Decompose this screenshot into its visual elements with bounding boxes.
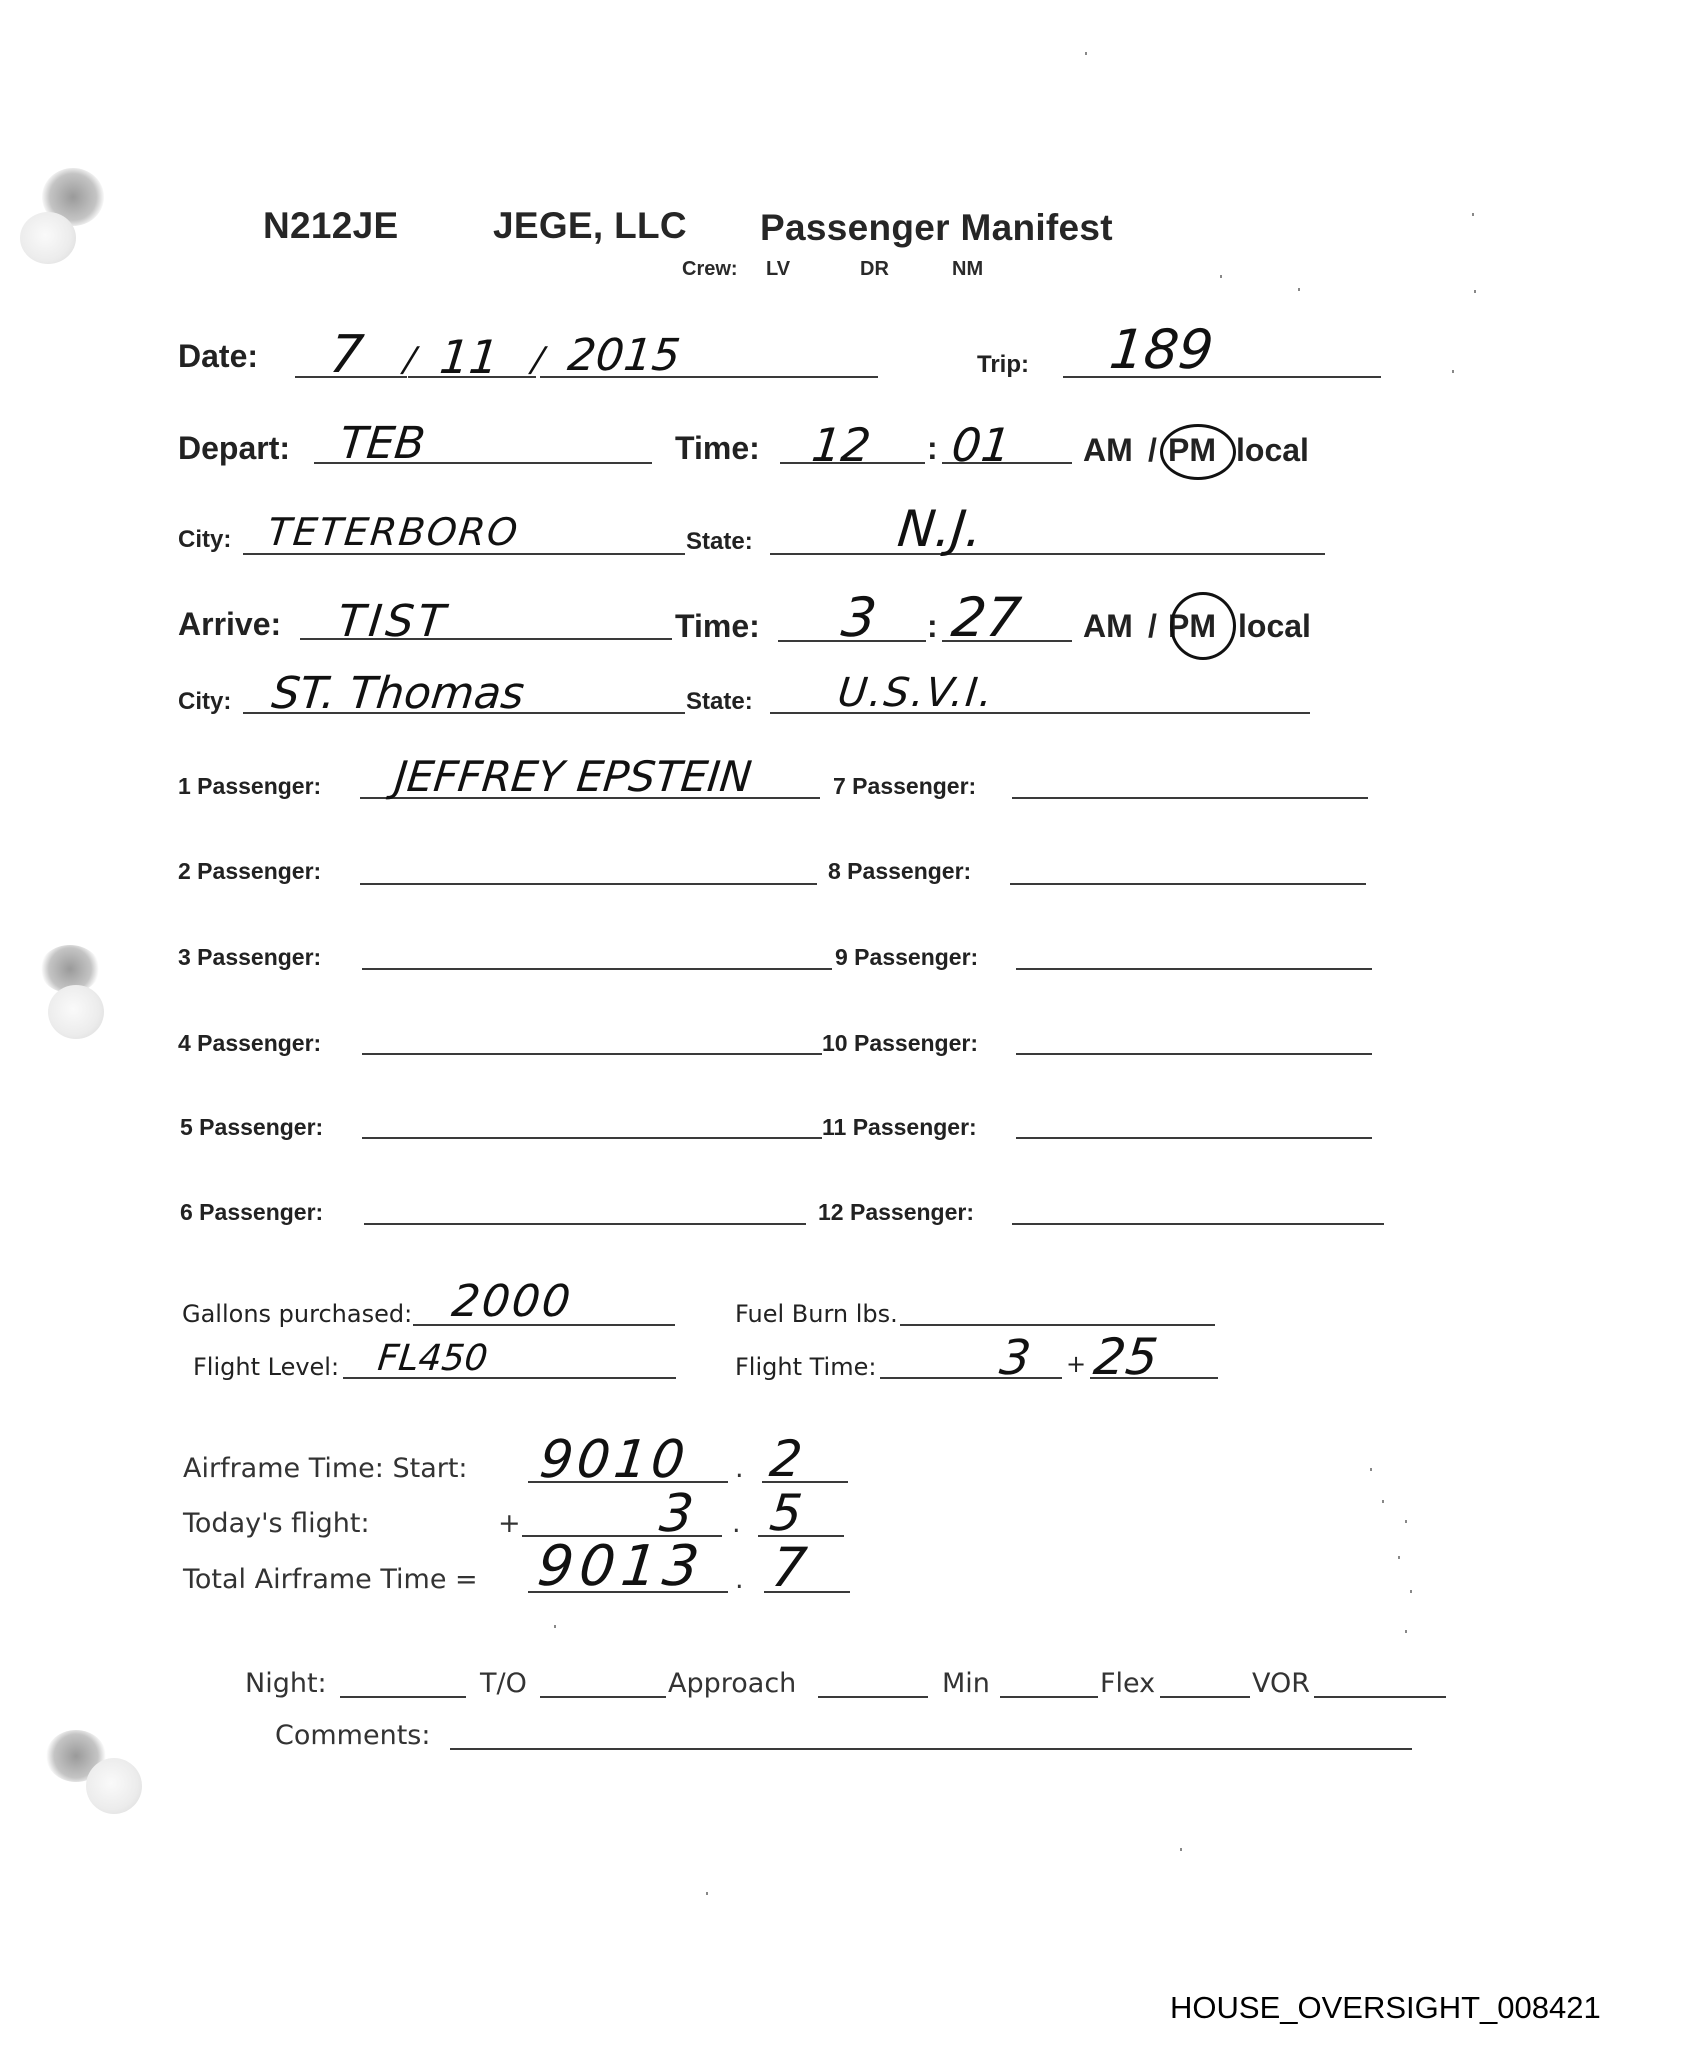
passenger-label: 12 Passenger:	[818, 1199, 974, 1226]
crew-member-3: NM	[952, 258, 983, 281]
time-colon: :	[927, 608, 938, 645]
passenger-label: 5 Passenger:	[180, 1114, 323, 1141]
crew-member-2: DR	[860, 258, 889, 281]
gallons-label: Gallons purchased:	[182, 1300, 412, 1328]
total-airframe-tenths: 7	[769, 1536, 810, 1599]
vor-field[interactable]	[1314, 1696, 1446, 1698]
arrive-airport: TIST	[335, 596, 451, 647]
decimal-point: .	[735, 1564, 744, 1595]
depart-city-label: City:	[178, 526, 231, 554]
flight-time-hours: 3	[997, 1330, 1033, 1386]
trip-number: 189	[1107, 318, 1217, 381]
passenger-label: 9 Passenger:	[835, 944, 978, 971]
arrive-state: U.S.V.I.	[836, 670, 997, 716]
vor-label: VOR	[1252, 1668, 1310, 1699]
date-day: 11	[437, 330, 501, 384]
arrive-minute: 27	[949, 586, 1024, 649]
flex-field[interactable]	[1160, 1696, 1250, 1698]
date-label: Date:	[178, 338, 258, 375]
depart-time-label: Time:	[675, 430, 760, 467]
decimal-point: .	[732, 1508, 741, 1539]
passenger-label: 10 Passenger:	[822, 1030, 978, 1057]
comments-label: Comments:	[275, 1720, 430, 1751]
passenger-label: 6 Passenger:	[180, 1199, 323, 1226]
today-flight-tenths: 5	[767, 1484, 805, 1542]
flight-level-label: Flight Level:	[193, 1353, 339, 1381]
to-field[interactable]	[540, 1696, 666, 1698]
approach-label: Approach	[668, 1668, 796, 1699]
total-airframe-label: Total Airframe Time =	[183, 1564, 478, 1595]
pm-selected-circle	[1160, 424, 1236, 480]
depart-local-label: local	[1236, 432, 1309, 469]
arrive-am-option[interactable]: AM	[1083, 608, 1133, 645]
today-plus: +	[498, 1508, 521, 1539]
total-airframe-whole: 9013	[535, 1534, 708, 1599]
company-name: JEGE, LLC	[493, 205, 687, 247]
depart-label: Depart:	[178, 430, 290, 467]
document-title: Passenger Manifest	[760, 207, 1113, 249]
min-label: Min	[942, 1668, 990, 1699]
passenger-label: 4 Passenger:	[178, 1030, 321, 1057]
gallons-value: 2000	[449, 1276, 574, 1327]
comments-field[interactable]	[450, 1748, 1412, 1750]
arrive-city: ST. Thomas	[269, 668, 526, 719]
date-year: 2015	[565, 330, 682, 381]
arrive-time-label: Time:	[675, 608, 760, 645]
arrive-label: Arrive:	[178, 606, 281, 643]
today-flight-label: Today's flight:	[183, 1508, 370, 1539]
approach-field[interactable]	[818, 1696, 928, 1698]
depart-slash: /	[1148, 432, 1157, 469]
crew-label: Crew:	[682, 258, 738, 281]
arrive-city-label: City:	[178, 688, 231, 716]
night-label: Night:	[245, 1668, 327, 1699]
flight-time-plus: +	[1066, 1350, 1086, 1378]
depart-state: N.J.	[895, 500, 985, 558]
depart-state-label: State:	[686, 528, 753, 556]
depart-minute: 01	[949, 418, 1013, 472]
date-separator-1: /	[402, 340, 418, 380]
passenger-label: 7 Passenger:	[833, 773, 976, 800]
trip-label: Trip:	[977, 351, 1029, 379]
bates-number: HOUSE_OVERSIGHT_008421	[1170, 1990, 1601, 2026]
passenger-label: 2 Passenger:	[178, 858, 321, 885]
depart-city: TETERBORO	[266, 510, 522, 554]
crew-member-1: LV	[766, 258, 790, 281]
passenger-label: 3 Passenger:	[178, 944, 321, 971]
depart-hour: 12	[809, 418, 873, 472]
flight-level-value: FL450	[376, 1338, 490, 1379]
flight-time-minutes: 25	[1091, 1328, 1161, 1386]
night-field[interactable]	[340, 1696, 466, 1698]
airframe-start-label: Airframe Time: Start:	[183, 1453, 468, 1484]
passenger-label: 8 Passenger:	[828, 858, 971, 885]
airframe-start-whole: 9010	[537, 1430, 692, 1490]
to-label: T/O	[480, 1668, 527, 1699]
passenger-label: 1 Passenger:	[178, 773, 321, 800]
arrive-state-label: State:	[686, 688, 753, 716]
fuel-burn-label: Fuel Burn lbs.	[735, 1300, 898, 1328]
airframe-start-tenths: 2	[767, 1430, 805, 1488]
arrive-slash: /	[1148, 608, 1157, 645]
pm-selected-circle	[1170, 592, 1236, 660]
flex-label: Flex	[1100, 1668, 1155, 1699]
date-month: 7	[327, 325, 366, 385]
tail-number: N212JE	[263, 205, 399, 247]
depart-airport: TEB	[337, 418, 427, 469]
date-separator-2: /	[530, 340, 546, 380]
time-colon: :	[927, 430, 938, 467]
depart-am-option[interactable]: AM	[1083, 432, 1133, 469]
arrive-local-label: local	[1238, 608, 1311, 645]
min-field[interactable]	[1000, 1696, 1098, 1698]
flight-time-label: Flight Time:	[735, 1353, 876, 1381]
decimal-point: .	[735, 1453, 744, 1484]
passenger-label: 11 Passenger:	[822, 1114, 977, 1141]
passenger-name: JEFFREY EPSTEIN	[392, 752, 754, 801]
arrive-hour: 3	[839, 586, 880, 649]
